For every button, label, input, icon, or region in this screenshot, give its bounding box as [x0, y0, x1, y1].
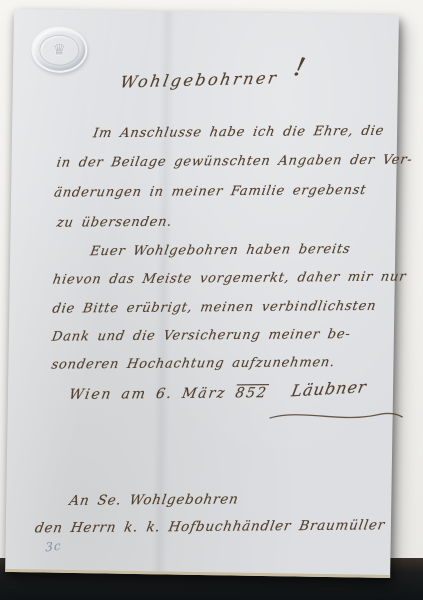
letter-line: hievon das Meiste vorgemerkt, daher mir …: [52, 270, 408, 288]
salutation-exclamation: !: [291, 52, 308, 84]
letter-line: die Bitte erübrigt, meinen verbindlichst…: [51, 299, 377, 317]
signature: Läubner: [290, 377, 369, 400]
salutation: Wohlgebohrner: [119, 68, 280, 92]
letter-line: Euer Wohlgebohren haben bereits: [89, 242, 352, 259]
address-line: den Herrn k. k. Hofbuchhändler Braumülle…: [34, 517, 387, 536]
letter-line: Im Anschlusse habe ich die Ehre, die: [92, 124, 385, 142]
dateline: Wien am 6. März 852: [68, 385, 269, 403]
letter-content: ♛ Wohlgebohrner ! Im Anschlusse habe ich…: [5, 9, 399, 575]
dateline-year: 852: [234, 385, 269, 401]
photo: ♛ Wohlgebohrner ! Im Anschlusse habe ich…: [0, 0, 423, 600]
address-line: An Se. Wohlgebohren: [68, 491, 240, 508]
dateline-place-date: Wien am 6. März: [68, 385, 228, 402]
crown-icon: ♛: [52, 41, 66, 59]
letter-line: Dank und die Versicherung meiner be-: [51, 327, 352, 345]
embossed-seal-ring: ♛: [39, 34, 79, 66]
embossed-seal: ♛: [31, 26, 88, 73]
letter-paper: ♛ Wohlgebohrner ! Im Anschlusse habe ich…: [5, 9, 399, 578]
letter-line: zu übersenden.: [56, 215, 174, 231]
letter-line: in der Beilage gewünschten Angaben der V…: [55, 153, 413, 171]
letter-line: änderungen in meiner Familie ergebenst: [53, 183, 368, 201]
signature-flourish: [266, 405, 406, 425]
letter-line: sonderen Hochachtung aufzunehmen.: [50, 355, 336, 372]
pencil-mark: 3c: [45, 538, 62, 554]
